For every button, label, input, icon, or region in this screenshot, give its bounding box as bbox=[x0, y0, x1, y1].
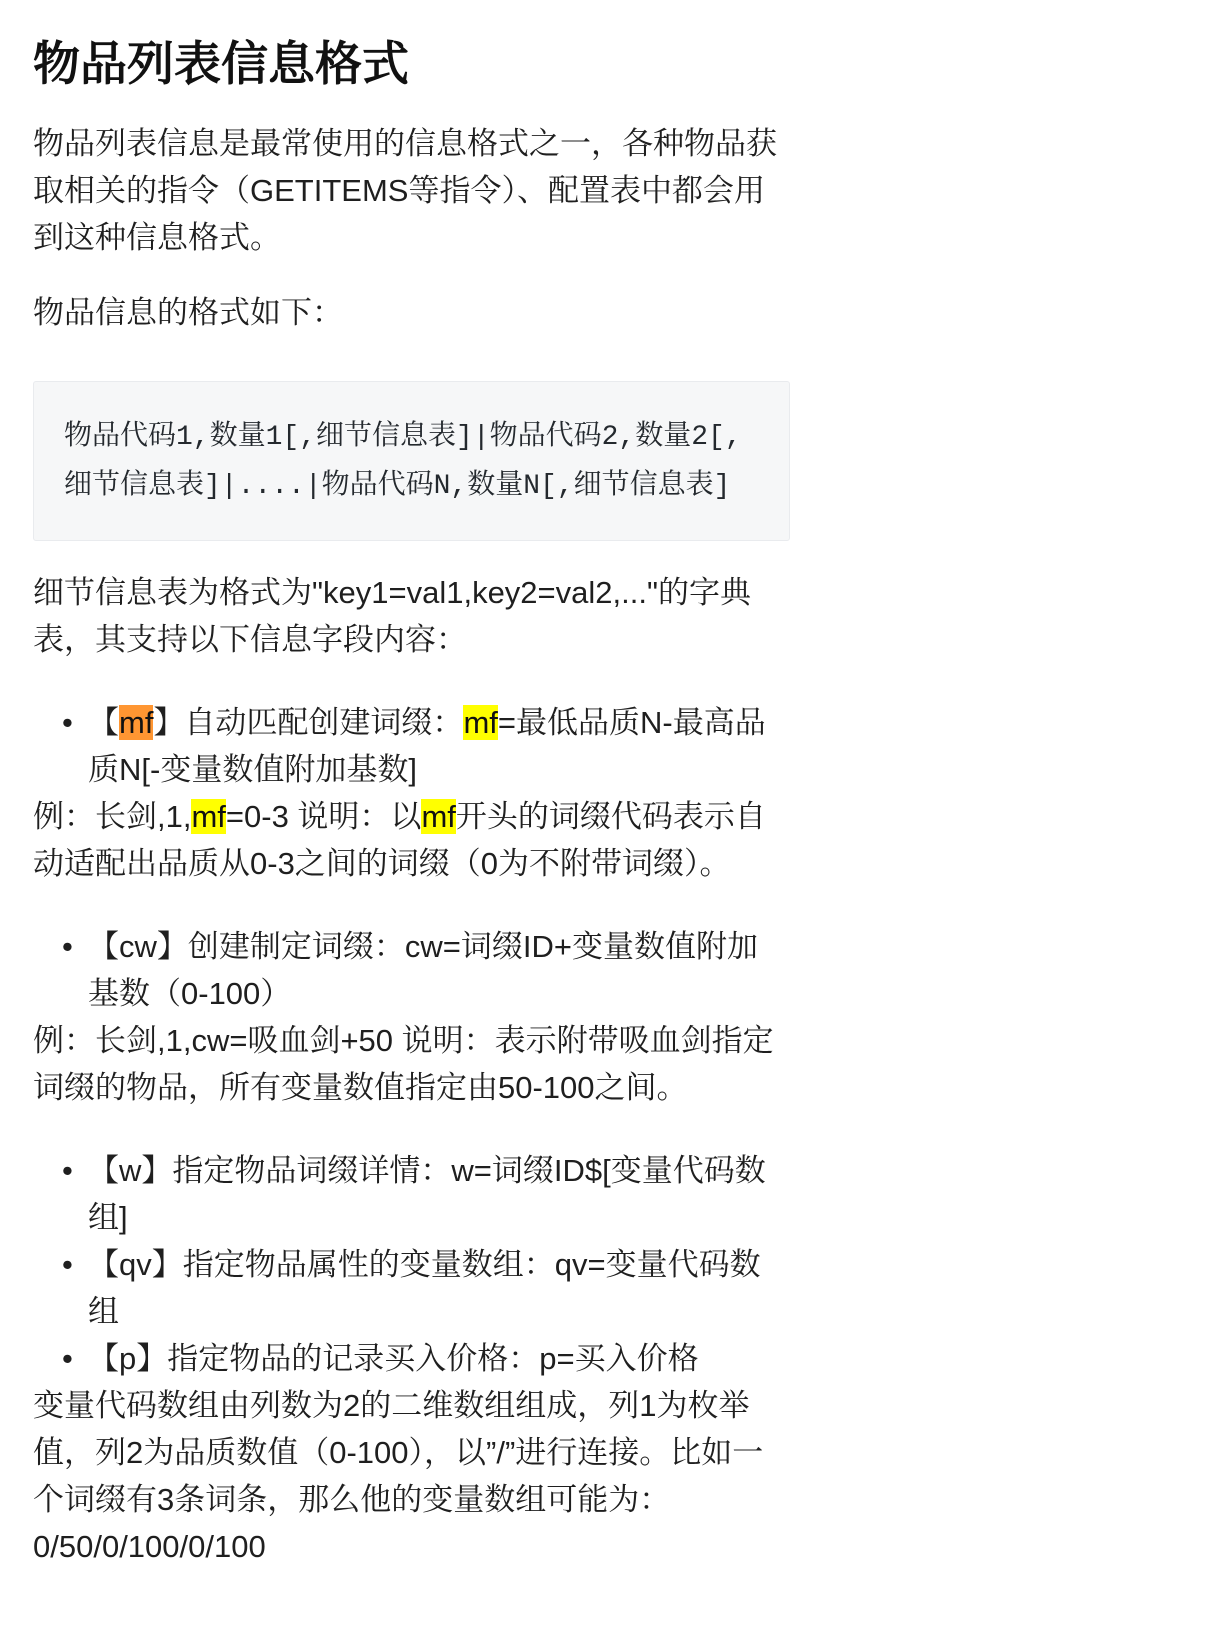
cw-field-list: 【cw】创建制定词缀：cw=词缀ID+变量数值附加基数（0-100） bbox=[33, 923, 790, 1017]
find-match-highlight: mf bbox=[463, 705, 497, 740]
item-format-code: 物品代码1,数量1[,细节信息表]|物品代码2,数量2[,细节信息表]|....… bbox=[64, 422, 742, 502]
format-lead-paragraph: 物品信息的格式如下： bbox=[33, 289, 790, 336]
page-title: 物品列表信息格式 bbox=[33, 36, 790, 92]
cw-field-item: 【cw】创建制定词缀：cw=词缀ID+变量数值附加基数（0-100） bbox=[88, 923, 770, 1017]
qv-field-item: 【qv】指定物品属性的变量数组：qv=变量代码数组 bbox=[88, 1241, 770, 1335]
w-qv-p-field-list: 【w】指定物品词缀详情：w=词缀ID$[变量代码数组] 【qv】指定物品属性的变… bbox=[33, 1147, 790, 1382]
mf-field-list: 【mf】自动匹配创建词缀：mf=最低品质N-最高品质N[-变量数值附加基数] bbox=[33, 699, 790, 793]
fields-lead-paragraph: 细节信息表为格式为"key1=val1,key2=val2,..."的字典表，其… bbox=[33, 569, 790, 663]
w-field-item: 【w】指定物品词缀详情：w=词缀ID$[变量代码数组] bbox=[88, 1147, 770, 1241]
find-active-match-highlight: mf bbox=[119, 705, 153, 740]
find-match-highlight: mf bbox=[421, 799, 455, 834]
variable-array-note-paragraph: 变量代码数组由列数为2的二维数组组成，列1为枚举值，列2为品质数值（0-100）… bbox=[33, 1382, 790, 1570]
mf-field-item: 【mf】自动匹配创建词缀：mf=最低品质N-最高品质N[-变量数值附加基数] bbox=[88, 699, 770, 793]
note-text: 变量代码数组由列数为2的二维数组组成，列1为枚举值，列2为品质数值（0-100）… bbox=[33, 1388, 763, 1517]
p-field-item: 【p】指定物品的记录买入价格：p=买入价格 bbox=[88, 1335, 770, 1382]
document-page: 物品列表信息格式 物品列表信息是最常使用的信息格式之一，各种物品获取相关的指令（… bbox=[33, 36, 790, 1570]
cw-example-paragraph: 例：长剑,1,cw=吸血剑+50 说明：表示附带吸血剑指定词缀的物品，所有变量数… bbox=[33, 1017, 790, 1111]
find-match-highlight: mf bbox=[191, 799, 225, 834]
mf-example-paragraph: 例：长剑,1,mf=0-3 说明：以mf开头的词缀代码表示自动适配出品质从0-3… bbox=[33, 793, 790, 887]
intro-paragraph: 物品列表信息是最常使用的信息格式之一，各种物品获取相关的指令（GETITEMS等… bbox=[33, 120, 790, 261]
note-value-line: 0/50/0/100/0/100 bbox=[33, 1529, 266, 1564]
item-format-code-block: 物品代码1,数量1[,细节信息表]|物品代码2,数量2[,细节信息表]|....… bbox=[33, 381, 790, 541]
